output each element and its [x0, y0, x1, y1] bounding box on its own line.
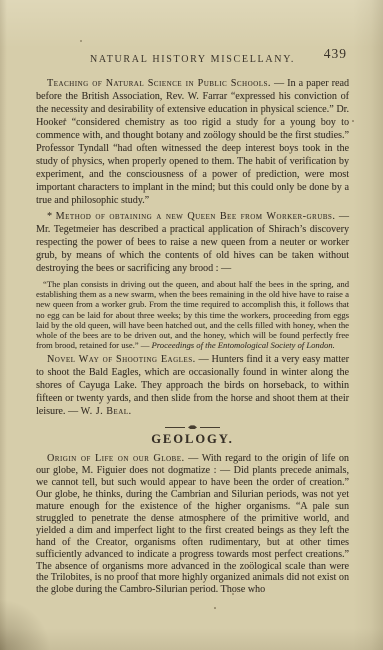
divider-rule-left — [165, 427, 185, 428]
paper-speck — [352, 120, 354, 122]
article-queen-bee-heading: Method of obtaining a new Queen Bee from… — [56, 211, 336, 222]
paper-speck — [214, 607, 216, 609]
article-queen-bee: * Method of obtaining a new Queen Bee fr… — [36, 210, 349, 275]
queen-bee-quote-source: Proceedings of the Entomological Society… — [152, 340, 335, 350]
article-eagles-heading: Novel Way of Shooting Eagles. — [47, 354, 196, 365]
page-number: 439 — [324, 46, 347, 62]
section-heading-geology: GEOLOGY. — [36, 432, 349, 447]
paper-speck — [80, 40, 82, 42]
page-content: Teaching of Natural Science in Public Sc… — [0, 77, 383, 596]
footnote-marker: * — [47, 211, 52, 222]
divider-rule-right — [200, 427, 220, 428]
article-eagles: Novel Way of Shooting Eagles. — Hunters … — [36, 353, 349, 418]
page-header: NATURAL HISTORY MISCELLANY. 439 — [36, 49, 349, 64]
article-origin-heading: Origin of Life on our Globe. — [47, 453, 185, 464]
paper-speck — [64, 118, 66, 120]
article-origin-of-life: Origin of Life on our Globe. — With rega… — [36, 453, 349, 596]
article-eagles-signature: W. J. Beal. — [81, 406, 132, 417]
book-page: NATURAL HISTORY MISCELLANY. 439 Teaching… — [0, 0, 383, 650]
divider-ornament-icon — [188, 425, 197, 429]
queen-bee-quote: “The plan consists in driving out the qu… — [36, 279, 349, 350]
article-teaching-body: — In a paper read before the British Ass… — [36, 78, 349, 206]
paper-speck — [232, 593, 234, 595]
article-origin-body: — With regard to the origin of life on o… — [36, 453, 349, 595]
running-title: NATURAL HISTORY MISCELLANY. — [90, 54, 295, 65]
article-teaching: Teaching of Natural Science in Public Sc… — [36, 77, 349, 207]
section-divider — [36, 425, 349, 429]
article-teaching-heading: Teaching of Natural Science in Public Sc… — [47, 78, 271, 89]
